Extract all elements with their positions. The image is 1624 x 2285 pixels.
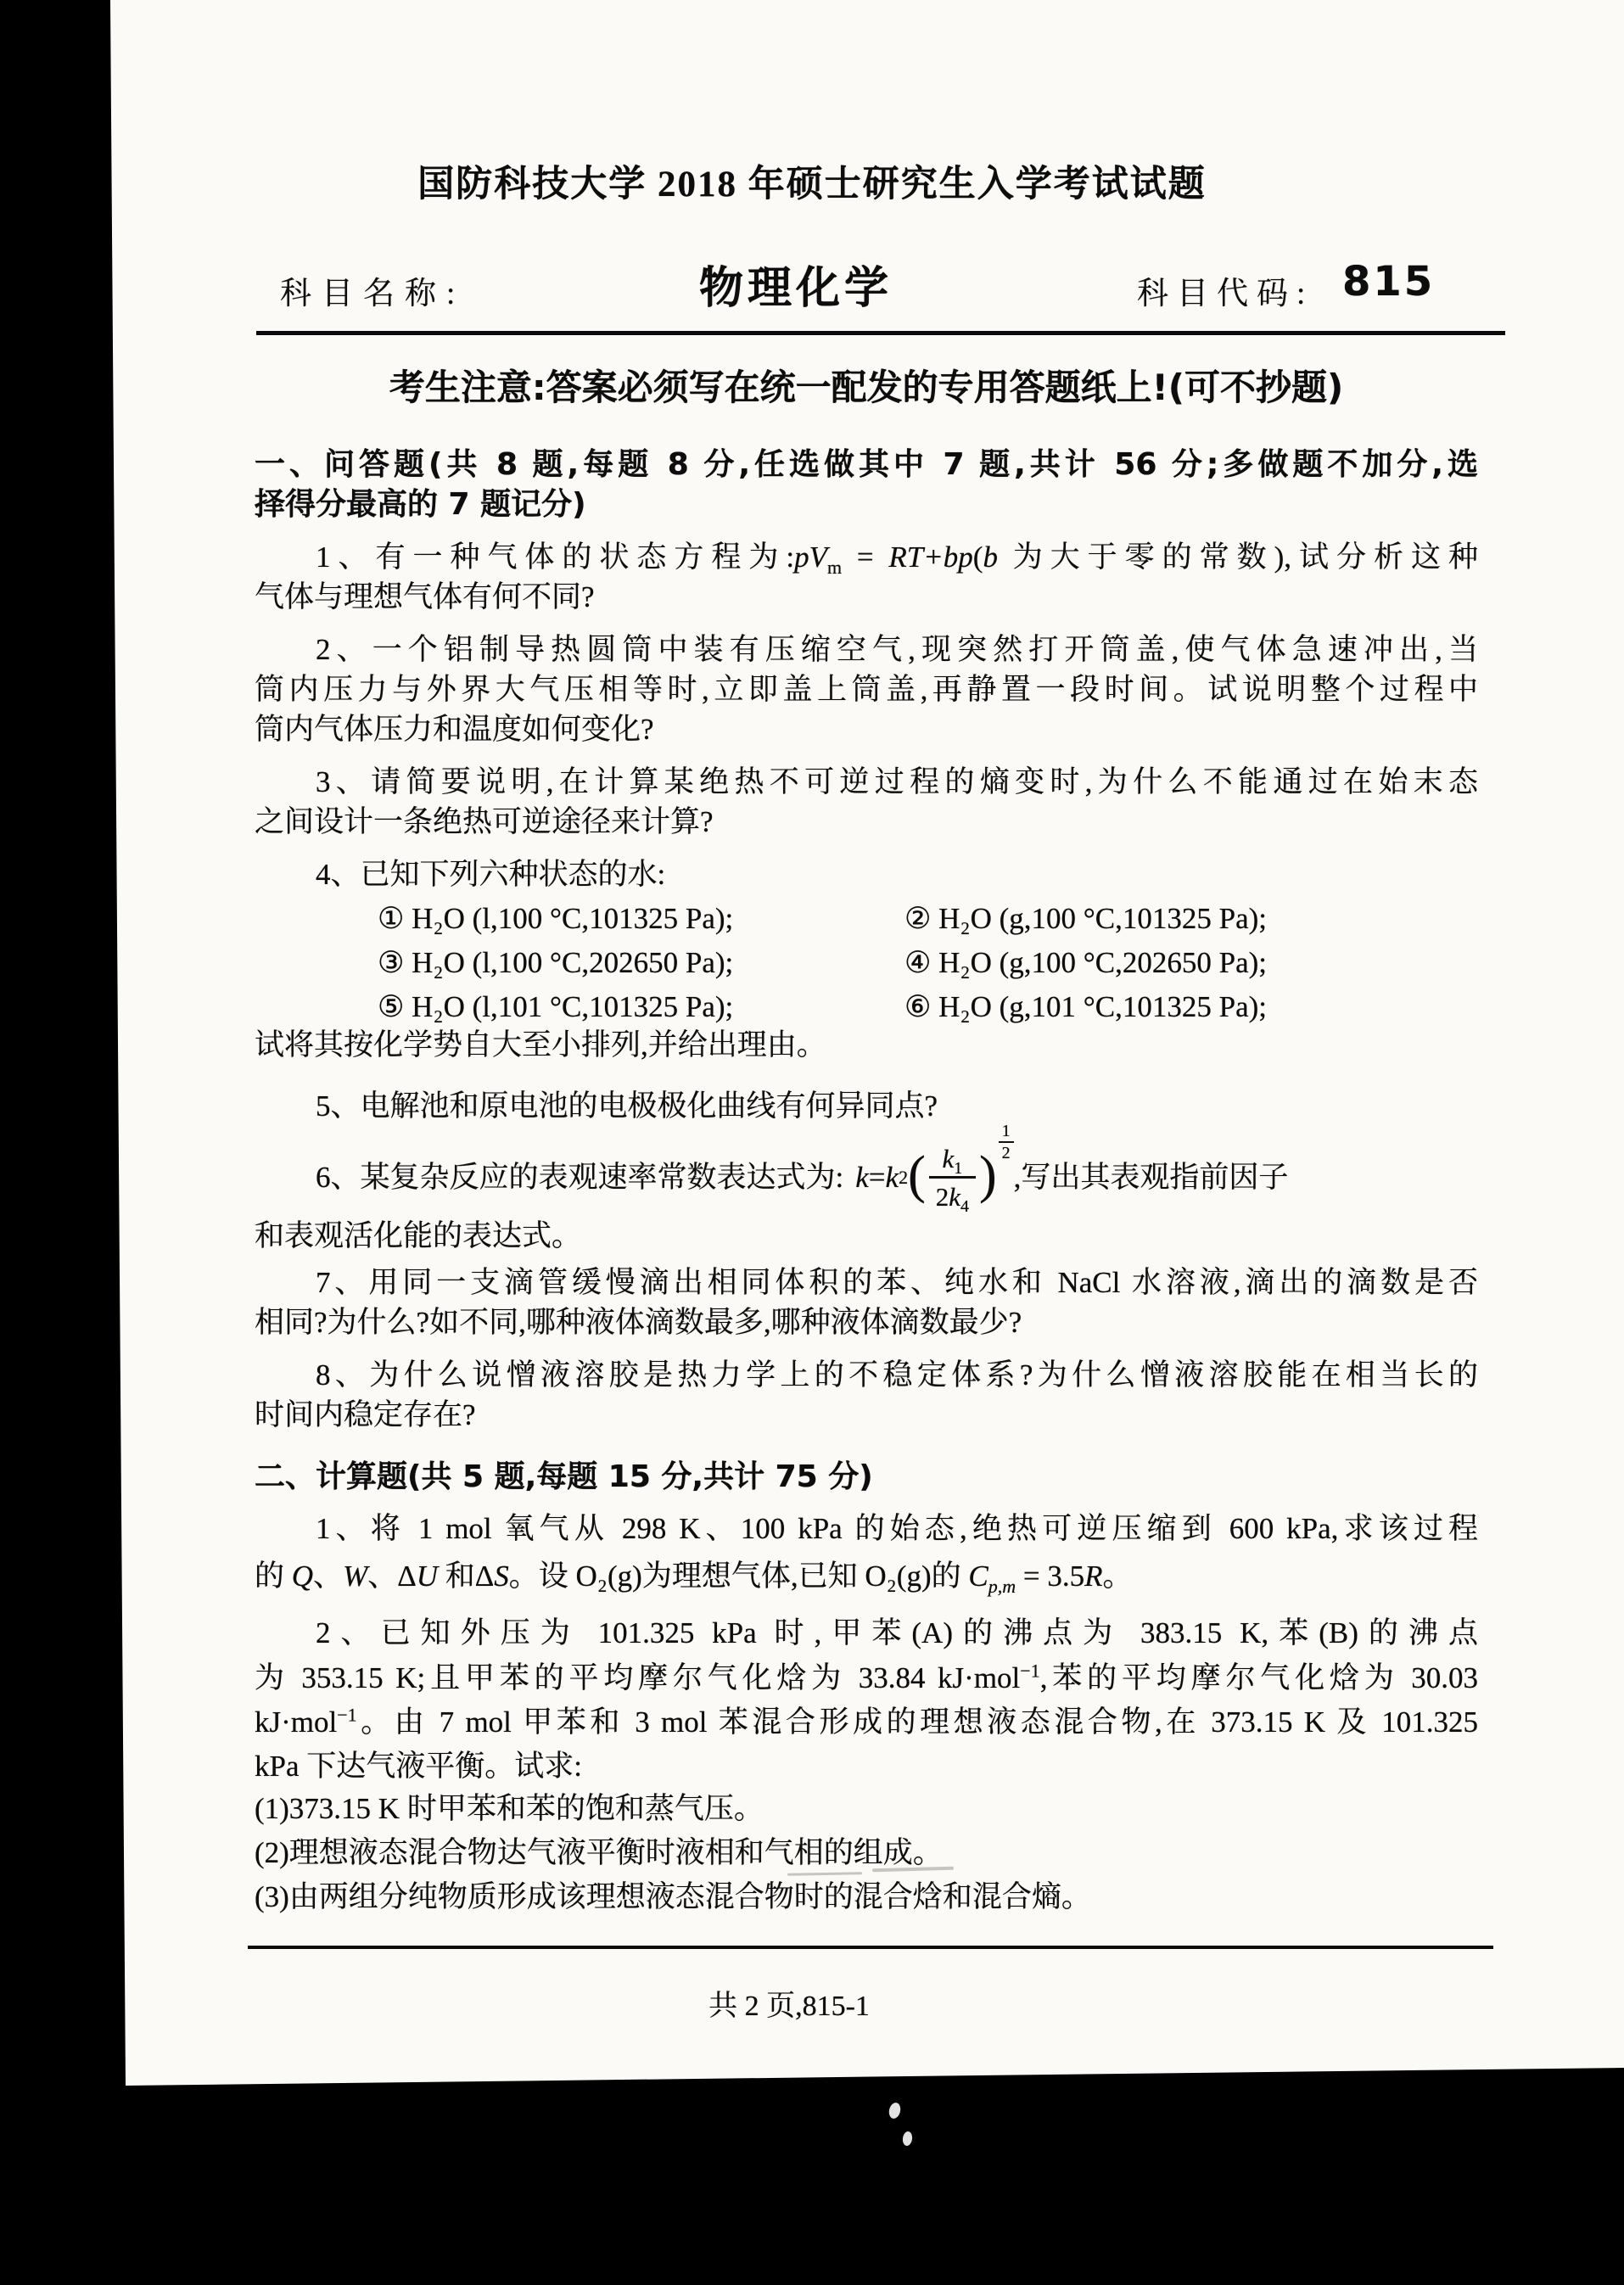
s1-q4-state-1: ① H₂O (l,100 °C,101325 Pa); xyxy=(378,902,733,936)
s2-q1-t1: 的 xyxy=(255,1560,292,1593)
s1-q6-line1: 6、某复杂反应的表观速率常数表达式为: k = k2 ( k1 2k4 ) 1 … xyxy=(255,1128,1478,1226)
s2-q1-d2: 、Δ xyxy=(367,1560,417,1593)
s1-q7-line1: 7、用同一支滴管缓慢滴出相同体积的苯、纯水和 NaCl 水溶液,滴出的滴数是否 xyxy=(255,1266,1478,1300)
subject-code-value: 815 xyxy=(1342,258,1435,305)
s1-q3-line2: 之间设计一条绝热可逆途径来计算? xyxy=(255,805,1478,839)
s1-q5-line: 5、电解池和原电池的电极极化曲线有何异同点? xyxy=(255,1089,1478,1123)
s1-q1-math-pv: pV xyxy=(794,540,827,574)
section2-heading: 二、计算题(共 5 题,每题 15 分,共计 75 分) xyxy=(255,1460,1478,1494)
header-divider xyxy=(256,331,1505,335)
s1-q8-line2: 时间内稳定存在? xyxy=(255,1398,1478,1432)
dust-speck xyxy=(888,2102,902,2120)
s1-q2-line2: 筒内压力与外界大气压相等时,立即盖上筒盖,再静置一段时间。试说明整个过程中 xyxy=(255,673,1478,707)
s2-q2-l2b: ,苯的平均摩尔气化焓为 30.03 xyxy=(1040,1661,1478,1694)
s2-q1-t5: 。 xyxy=(1103,1560,1133,1593)
s2-q1-t2: 和Δ xyxy=(438,1560,494,1593)
s1-q6-fraction: k1 2k4 xyxy=(929,1145,976,1210)
s1-q4-state-2: ② H₂O (g,100 °C,101325 Pa); xyxy=(904,902,1267,936)
s1-q6-var-k: k xyxy=(855,1161,869,1195)
s2-q1-var-s: S xyxy=(494,1560,509,1593)
s2-q1-d1: 、 xyxy=(313,1560,343,1593)
s1-q6-num-k: k xyxy=(942,1144,954,1173)
s1-q1-var-b: b xyxy=(983,540,998,574)
s2-q1-t4: = 3.5 xyxy=(1016,1560,1084,1593)
s2-q2-l3b: 。由 7 mol 甲苯和 3 mol 苯混合形成的理想液态混合物,在 373.1… xyxy=(357,1705,1478,1739)
s1-q2-line3: 筒内气体压力和温度如何变化? xyxy=(255,713,1478,747)
s1-q4-state-4: ④ H₂O (g,100 °C,202650 Pa); xyxy=(904,946,1267,980)
s1-q6-den-coef: 2 xyxy=(936,1182,949,1212)
exam-title: 国防科技大学 2018 年硕士研究生入学考试试题 xyxy=(0,168,1624,202)
s1-q2-line1: 2、一个铝制导热圆筒中装有压缩空气,现突然打开筒盖,使气体急速冲出,当 xyxy=(255,633,1478,667)
s1-q6-open-paren: ( xyxy=(908,1152,926,1200)
s1-q6-numerator: k1 xyxy=(935,1145,969,1176)
s1-q1-paren: ( xyxy=(973,540,983,574)
s1-q6-den-k: k xyxy=(949,1182,960,1212)
subject-name-label: 科目名称: xyxy=(280,267,465,313)
s2-q2-l2a: 为 353.15 K;且甲苯的平均摩尔气化焓为 33.84 kJ·mol xyxy=(255,1661,1020,1694)
s2-q1-sub-pm: p,m xyxy=(988,1576,1016,1597)
s1-q4-intro: 4、已知下列六种状态的水: xyxy=(255,858,1478,892)
s1-q4-state-5: ⑤ H₂O (l,101 °C,101325 Pa); xyxy=(378,990,733,1024)
s1-q1-eq: = xyxy=(842,540,888,574)
s2-q2-line1: 2、已知外压为 101.325 kPa 时,甲苯(A)的沸点为 383.15 K… xyxy=(255,1616,1478,1650)
s1-q1-post: 为大于零的常数),试分析这种 xyxy=(998,540,1478,574)
s2-q1-var-c: C xyxy=(968,1560,988,1593)
subject-code-label: 科目代码: xyxy=(1137,267,1313,313)
s2-q1-var-r: R xyxy=(1084,1560,1102,1593)
s1-q6-close-paren: ) xyxy=(979,1152,997,1200)
s2-q2-line2: 为 353.15 K;且甲苯的平均摩尔气化焓为 33.84 kJ·mol−1,苯… xyxy=(255,1661,1478,1695)
s1-q4-outro: 试将其按化学势自大至小排列,并给出理由。 xyxy=(255,1028,1478,1062)
s2-q1-t3: 。设 O₂(g)为理想气体,已知 O₂(g)的 xyxy=(509,1560,969,1593)
s2-q1-var-u: U xyxy=(417,1560,438,1593)
section1-heading-line1: 一、问答题(共 8 题,每题 8 分,任选做其中 7 题,共计 56 分;多做题… xyxy=(255,448,1478,482)
s1-q1-math-rtbp: RT+bp xyxy=(888,540,972,574)
s2-q1-line1: 1、将 1 mol 氧气从 298 K、100 kPa 的始态,绝热可逆压缩到 … xyxy=(255,1512,1478,1546)
s1-q6-exponent-half: 1 2 xyxy=(999,1123,1014,1162)
s1-q1-sub-m: m xyxy=(827,557,842,578)
s2-q1-var-w: W xyxy=(343,1560,367,1593)
s2-q1-var-q: Q xyxy=(292,1560,313,1593)
s1-q3-line1: 3、请简要说明,在计算某绝热不可逆过程的熵变时,为什么不能通过在始末态 xyxy=(255,765,1478,799)
scanned-exam-page: { "header": { "title": "国防科技大学 2018 年硕士研… xyxy=(0,0,1624,2285)
s1-q8-line1: 8、为什么说憎液溶胶是热力学上的不稳定体系?为什么憎液溶胶能在相当长的 xyxy=(255,1358,1478,1392)
s1-q6-denominator: 2k4 xyxy=(929,1176,976,1210)
s2-q2-line3: kJ·mol−1。由 7 mol 甲苯和 3 mol 苯混合形成的理想液态混合物… xyxy=(255,1705,1478,1739)
s1-q6-var-k2: k xyxy=(886,1161,899,1195)
s1-q6-exp-num: 1 xyxy=(999,1123,1014,1141)
s1-q6-exp-den: 2 xyxy=(999,1141,1014,1162)
s1-q4-state-6: ⑥ H₂O (g,101 °C,101325 Pa); xyxy=(904,990,1267,1024)
s1-q1-line1: 1、有一种气体的状态方程为:pVm = RT+bp(b 为大于零的常数),试分析… xyxy=(255,540,1478,574)
s2-q2-l2-sup: −1 xyxy=(1020,1660,1039,1681)
s2-q2-line4: kPa 下达气液平衡。试求: xyxy=(255,1750,1478,1784)
s2-q2-l3-sup: −1 xyxy=(337,1704,356,1725)
s1-q6-eq: = xyxy=(869,1161,886,1195)
candidate-notice: 考生注意:答案必须写在统一配发的专用答题纸上!(可不抄题) xyxy=(255,360,1478,411)
s2-q2-l3a: kJ·mol xyxy=(255,1705,337,1739)
subject-name-value: 物理化学 xyxy=(699,252,893,316)
s1-q1-pre: 1、有一种气体的状态方程为: xyxy=(316,540,794,574)
s2-q1-line2: 的 Q、W、ΔU 和ΔS。设 O₂(g)为理想气体,已知 O₂(g)的 Cp,m… xyxy=(255,1560,1478,1593)
s1-q4-state-3: ③ H₂O (l,100 °C,202650 Pa); xyxy=(378,946,733,980)
s2-q2-item2: (2)理想液态混合物达气液平衡时液相和气相的组成。 xyxy=(255,1836,1478,1870)
footer-page-info: 共 2 页,815-1 xyxy=(255,1982,1324,2024)
s1-q7-line2: 相同?为什么?如不同,哪种液体滴数最多,哪种液体滴数最少? xyxy=(255,1306,1478,1340)
section1-heading-line2: 择得分最高的 7 题记分) xyxy=(255,488,1478,522)
s1-q6-pre: 6、某复杂反应的表观速率常数表达式为: xyxy=(316,1161,843,1195)
s1-q6-den-sub: 4 xyxy=(960,1197,969,1216)
s1-q1-line2: 气体与理想气体有何不同? xyxy=(255,580,1478,614)
s1-q6-post: ,写出其表观指前因子 xyxy=(1014,1161,1289,1195)
s1-q6-num-sub: 1 xyxy=(954,1159,962,1178)
dust-speck xyxy=(902,2131,913,2146)
s2-q2-item3: (3)由两组分纯物质形成该理想液态混合物时的混合焓和混合熵。 xyxy=(255,1880,1478,1914)
footer-divider xyxy=(248,1946,1493,1949)
s1-q6-line2: 和表观活化能的表达式。 xyxy=(255,1219,1478,1253)
s2-q2-item1: (1)373.15 K 时甲苯和苯的饱和蒸气压。 xyxy=(255,1792,1478,1826)
